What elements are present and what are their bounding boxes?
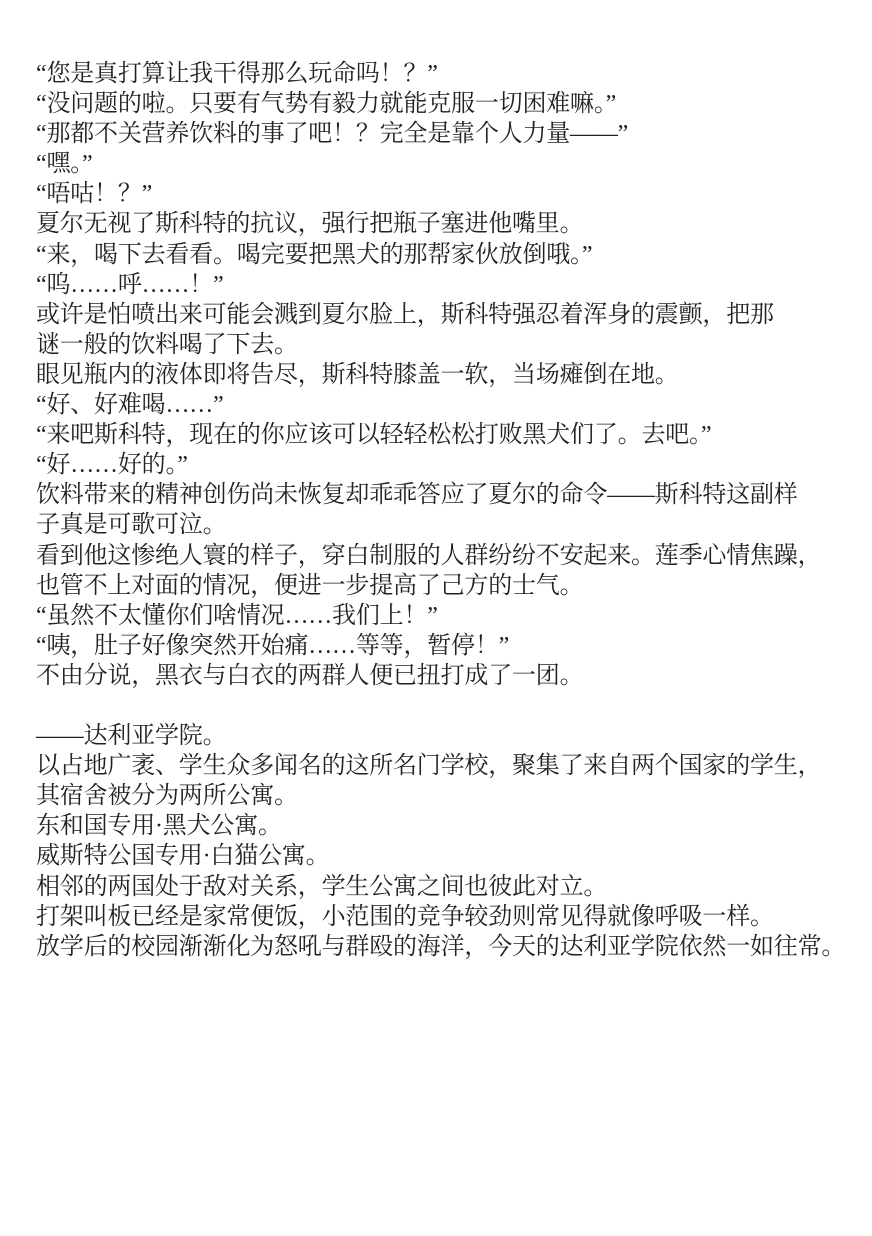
page-background: { "page": { "background": "#ffffff", "te… <box>0 0 872 1236</box>
novel-text-line: “好、好难喝……” <box>36 390 868 420</box>
novel-text-line: “呜……呼……！” <box>36 270 868 300</box>
novel-text-line: 也管不上对面的情况，便进一步提高了己方的士气。 <box>36 571 868 601</box>
novel-text-line: 眼见瓶内的液体即将告尽，斯科特膝盖一软，当场瘫倒在地。 <box>36 360 868 390</box>
novel-text-line: “来，喝下去看看。喝完要把黑犬的那帮家伙放倒哦。” <box>36 240 868 270</box>
novel-text-line: “那都不关营养饮料的事了吧！？完全是靠个人力量——” <box>36 119 868 149</box>
novel-text-line: “好……好的。” <box>36 450 868 480</box>
novel-text-line: ——达利亚学院。 <box>36 721 868 751</box>
novel-text-line: “唔咕！？” <box>36 179 868 209</box>
novel-text-line: 看到他这惨绝人寰的样子，穿白制服的人群纷纷不安起来。莲季心情焦躁， <box>36 541 868 571</box>
novel-text-line: 谜一般的饮料喝了下去。 <box>36 330 868 360</box>
novel-text-line: “嘿。” <box>36 149 868 179</box>
novel-scan-page: “您是真打算让我干得那么玩命吗！？” “没问题的啦。只要有气势有毅力就能克服一切… <box>0 0 872 1236</box>
novel-text-line: 或许是怕喷出来可能会溅到夏尔脸上，斯科特强忍着浑身的震颤，把那 <box>36 300 868 330</box>
novel-text-block: “您是真打算让我干得那么玩命吗！？” “没问题的啦。只要有气势有毅力就能克服一切… <box>36 59 868 962</box>
novel-text-line: 夏尔无视了斯科特的抗议，强行把瓶子塞进他嘴里。 <box>36 209 868 239</box>
novel-text-line: “来吧斯科特，现在的你应该可以轻轻松松打败黑犬们了。去吧。” <box>36 420 868 450</box>
novel-text-line: “咦，肚子好像突然开始痛……等等，暂停！” <box>36 631 868 661</box>
novel-text-line: 子真是可歌可泣。 <box>36 510 868 540</box>
novel-text-line: 威斯特公国专用·白猫公寓。 <box>36 841 868 871</box>
novel-text-line: 饮料带来的精神创伤尚未恢复却乖乖答应了夏尔的命令——斯科特这副样 <box>36 480 868 510</box>
novel-text-line: “您是真打算让我干得那么玩命吗！？” <box>36 59 868 89</box>
novel-text-line: 以占地广袤、学生众多闻名的这所名门学校，聚集了来自两个国家的学生， <box>36 751 868 781</box>
novel-text-line: 相邻的两国处于敌对关系，学生公寓之间也彼此对立。 <box>36 872 868 902</box>
novel-text-line: 其宿舍被分为两所公寓。 <box>36 781 868 811</box>
novel-text-line: 打架叫板已经是家常便饭，小范围的竞争较劲则常见得就像呼吸一样。 <box>36 902 868 932</box>
novel-text-line <box>36 691 868 721</box>
novel-text-line: 不由分说，黑衣与白衣的两群人便已扭打成了一团。 <box>36 661 868 691</box>
novel-text-line: “没问题的啦。只要有气势有毅力就能克服一切困难嘛。” <box>36 89 868 119</box>
novel-text-line: 放学后的校园渐渐化为怒吼与群殴的海洋，今天的达利亚学院依然一如往常。 <box>36 932 868 962</box>
novel-text-line: 东和国专用·黑犬公寓。 <box>36 811 868 841</box>
novel-text-line: “虽然不太懂你们啥情况……我们上！” <box>36 601 868 631</box>
